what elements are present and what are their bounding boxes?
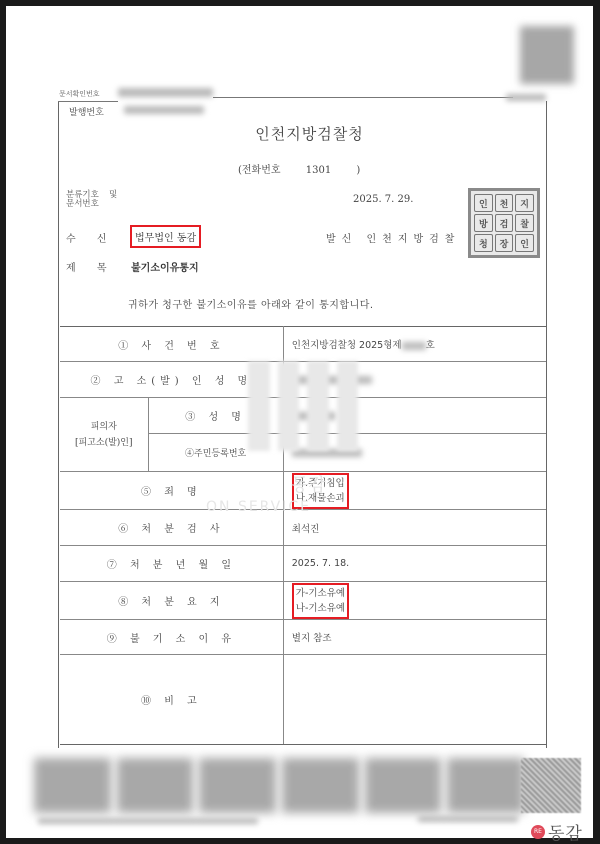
table-row: ⑤ 죄 명 가.주거침입 나.재물손괴 bbox=[60, 472, 546, 510]
phone-number: 1301 bbox=[306, 165, 331, 176]
row-label: ⑩ 비 고 bbox=[60, 655, 283, 745]
row-label: ⑧ 처 분 요 지 bbox=[60, 582, 283, 620]
official-seal: 인 천 지 방 검 찰 청 장 인 bbox=[468, 188, 540, 258]
notice-text: 귀하가 청구한 불기소이유를 아래와 같이 통지합니다. bbox=[128, 296, 374, 311]
case-number-prefix: 인천지방검찰청 2025형제 bbox=[292, 340, 402, 351]
seal-char: 찰 bbox=[515, 214, 534, 232]
row-label: ⑦ 처 분 년 월 일 bbox=[60, 546, 283, 582]
table-row: ⑩ 비 고 bbox=[60, 655, 546, 745]
suspect-label: 피의자 bbox=[60, 419, 148, 435]
remarks-value bbox=[283, 655, 546, 745]
seal-char: 인 bbox=[515, 234, 534, 252]
case-number-suffix: 호 bbox=[426, 340, 435, 351]
classification-label: 분류기호 문서번호 및 bbox=[66, 191, 99, 209]
suspect-sublabel: [피고소(발)인] bbox=[60, 435, 148, 451]
top-divider bbox=[213, 97, 513, 98]
subject-label: 제 목 bbox=[66, 259, 107, 274]
disposition-summary-value: 가-기소유예 나-기소유예 bbox=[283, 582, 546, 620]
table-row: ⑦ 처 분 년 월 일 2025. 7. 18. bbox=[60, 546, 546, 582]
suspect-name-redacted bbox=[283, 398, 546, 434]
non-indictment-reason-value: 별지 참조 bbox=[283, 620, 546, 655]
charge-item: 나.재물손괴 bbox=[296, 491, 345, 506]
seal-char: 천 bbox=[495, 194, 514, 212]
disposition-date-value: 2025. 7. 18. bbox=[283, 546, 546, 582]
phone-close: ) bbox=[356, 165, 360, 176]
document-page: 문서확인번호 발행번호 인천지방검찰청 (전화번호 1301 ) 분류기호 문서… bbox=[6, 6, 593, 838]
phone-line: (전화번호 1301 ) bbox=[238, 161, 382, 176]
row-label: ② 고 소(발) 인 성 명 bbox=[60, 362, 283, 398]
table-row: ⑥ 처 분 검 사 최석진 bbox=[60, 510, 546, 546]
redacted-text bbox=[292, 449, 362, 457]
qr-code-blurred bbox=[520, 26, 574, 84]
info-table: ① 사 건 번 호 인천지방검찰청 2025형제호 ② 고 소(발) 인 성 명… bbox=[60, 326, 546, 745]
classification-and: 및 bbox=[109, 191, 117, 200]
subject-value: 불기소이유통지 bbox=[131, 259, 199, 274]
table-row: ② 고 소(발) 인 성 명 bbox=[60, 362, 546, 398]
top-right-redacted bbox=[506, 94, 546, 101]
charges-value: 가.주거침입 나.재물손괴 bbox=[283, 472, 546, 510]
footer-text-redacted bbox=[38, 818, 258, 824]
disposition-item: 가-기소유예 bbox=[296, 586, 345, 601]
redacted-text bbox=[292, 412, 336, 420]
table-row: ⑧ 처 분 요 지 가-기소유예 나-기소유예 bbox=[60, 582, 546, 620]
seal-char: 청 bbox=[474, 234, 493, 252]
agency-title: 인천지방검찰청 bbox=[255, 123, 363, 144]
phone-label: (전화번호 bbox=[238, 165, 281, 176]
classification-line2: 문서번호 bbox=[66, 200, 99, 209]
table-row: 피의자 [피고소(발)인] ③ 성 명 bbox=[60, 398, 546, 434]
suspect-group-label: 피의자 [피고소(발)인] bbox=[60, 398, 148, 472]
brand-logo: RE 동감 bbox=[531, 819, 583, 844]
bottom-barcode bbox=[521, 758, 581, 813]
seal-char: 방 bbox=[474, 214, 493, 232]
recipient-value-highlight: 법무법인 동감 bbox=[130, 225, 201, 248]
seal-char: 검 bbox=[495, 214, 514, 232]
seal-char: 인 bbox=[474, 194, 493, 212]
row-label: ④주민등록번호 bbox=[148, 434, 283, 472]
document-date: 2025. 7. 29. bbox=[353, 194, 413, 205]
bottom-redacted-strip bbox=[34, 758, 524, 813]
charges-highlight: 가.주거침입 나.재물손괴 bbox=[292, 473, 349, 509]
brand-name: 동감 bbox=[548, 819, 583, 844]
recipient-label: 수 신 bbox=[66, 230, 107, 245]
disposition-highlight: 가-기소유예 나-기소유예 bbox=[292, 583, 349, 619]
doc-confirm-value-redacted bbox=[118, 88, 213, 97]
row-label: ⑥ 처 분 검 사 bbox=[60, 510, 283, 546]
doc-confirm-label: 문서확인번호 bbox=[59, 89, 100, 99]
issue-number-label: 발행번호 bbox=[69, 105, 104, 118]
row-label: ⑤ 죄 명 bbox=[60, 472, 283, 510]
frame-top-edge bbox=[58, 101, 118, 102]
resident-number-redacted bbox=[283, 434, 546, 472]
complainant-value-redacted bbox=[283, 362, 546, 398]
charge-item: 가.주거침입 bbox=[296, 476, 345, 491]
redacted-text bbox=[292, 376, 372, 384]
sender: 발신 인천지방검찰 bbox=[326, 230, 460, 245]
case-number-value: 인천지방검찰청 2025형제호 bbox=[283, 327, 546, 362]
footer-text-redacted bbox=[418, 816, 518, 822]
table-row: ⑨ 불 기 소 이 유 별지 참조 bbox=[60, 620, 546, 655]
prosecutor-value: 최석진 bbox=[283, 510, 546, 546]
brand-icon: RE bbox=[531, 825, 545, 839]
seal-char: 지 bbox=[515, 194, 534, 212]
table-row: ① 사 건 번 호 인천지방검찰청 2025형제호 bbox=[60, 327, 546, 362]
agency-title-row: 인천지방검찰청 bbox=[6, 123, 593, 144]
row-label: ③ 성 명 bbox=[148, 398, 283, 434]
disposition-item: 나-기소유예 bbox=[296, 601, 345, 616]
case-number-redacted bbox=[402, 342, 426, 350]
seal-char: 장 bbox=[495, 234, 514, 252]
row-label: ① 사 건 번 호 bbox=[60, 327, 283, 362]
row-label: ⑨ 불 기 소 이 유 bbox=[60, 620, 283, 655]
issue-number-redacted bbox=[124, 106, 204, 114]
